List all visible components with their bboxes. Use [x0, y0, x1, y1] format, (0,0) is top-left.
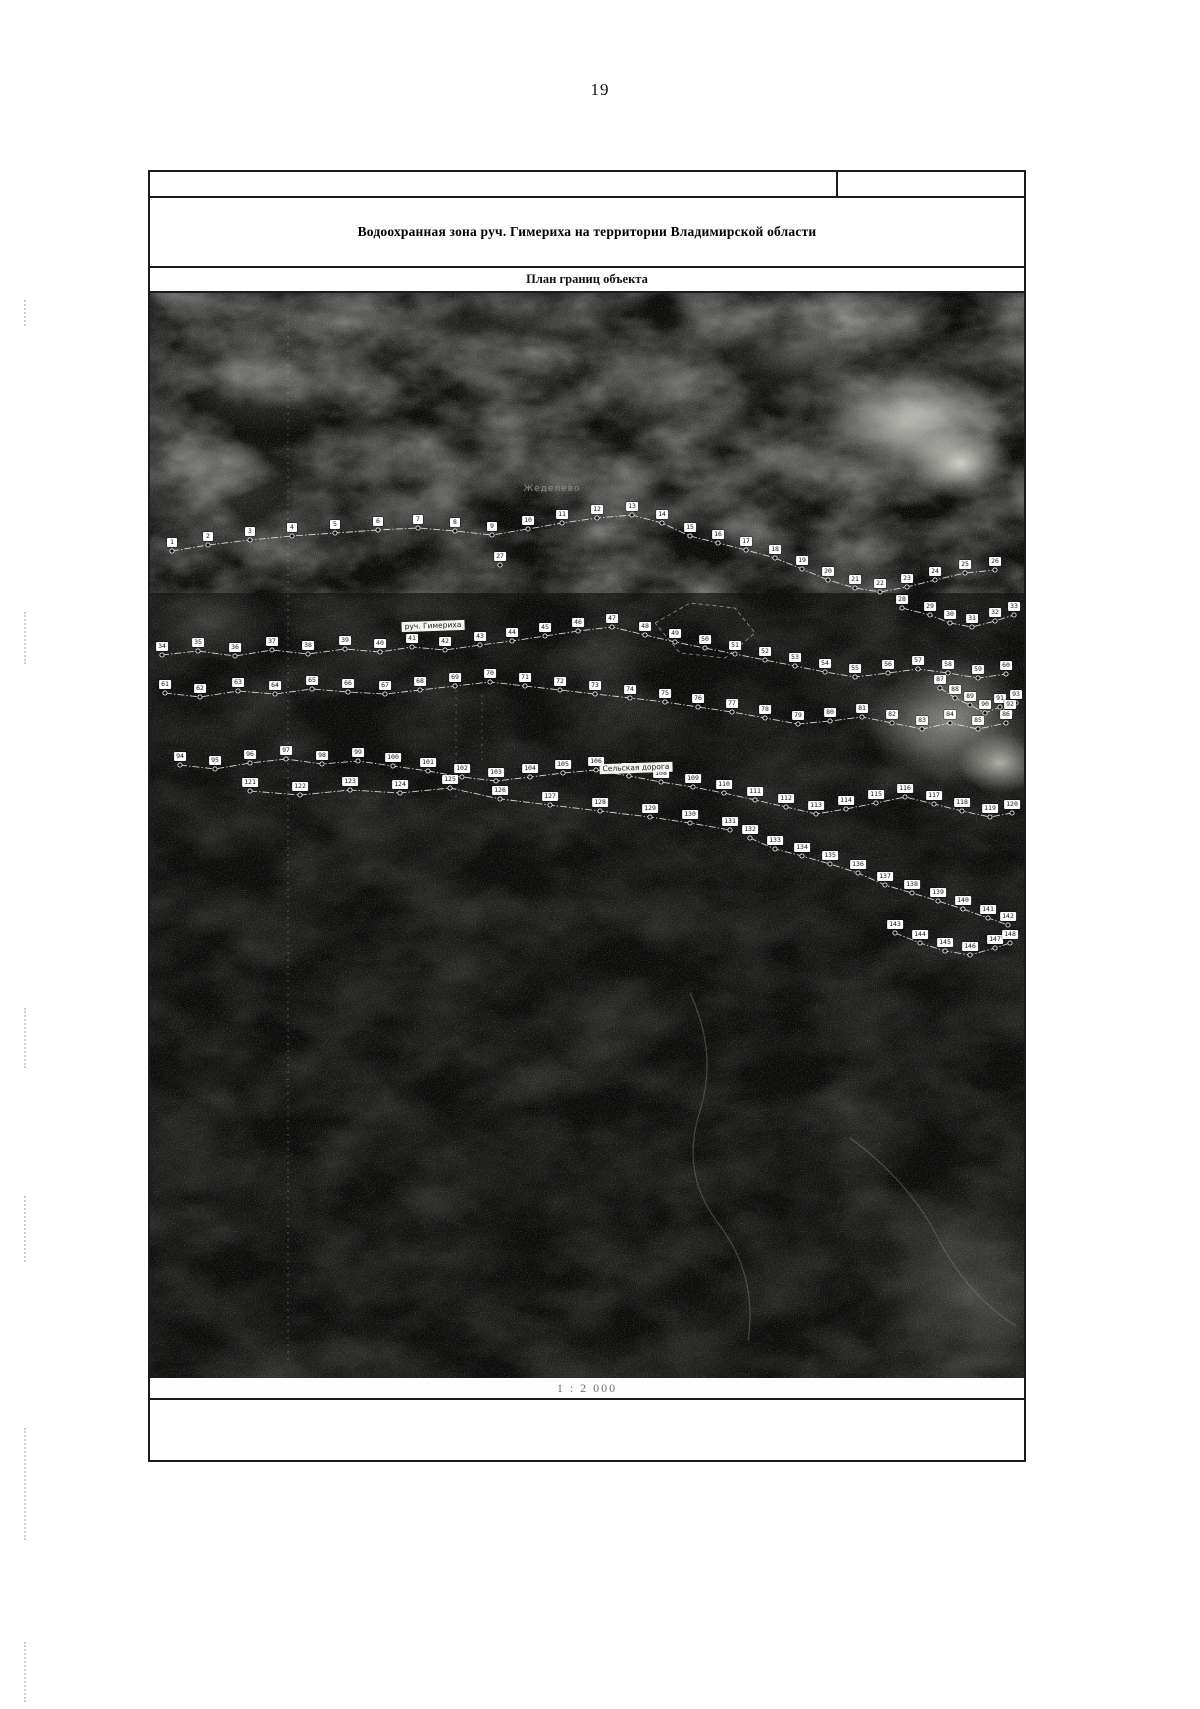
boundary-point-label: 68 — [414, 677, 426, 686]
boundary-point-label: 110 — [716, 780, 732, 789]
boundary-point-label: 76 — [692, 694, 704, 703]
boundary-point-label: 42 — [439, 637, 451, 646]
boundary-point-label: 21 — [849, 575, 861, 584]
scan-artifact — [24, 1428, 26, 1540]
boundary-point-label: 84 — [944, 710, 956, 719]
boundary-point-label: 133 — [767, 836, 783, 845]
scan-artifact — [24, 300, 26, 326]
boundary-point-label: 113 — [808, 801, 824, 810]
header-cell-right — [836, 172, 1024, 196]
boundary-point-label: 82 — [886, 710, 898, 719]
document-subtitle: План границ объекта — [526, 272, 648, 287]
header-cell-left — [150, 172, 836, 196]
boundary-point-label: 139 — [930, 888, 946, 897]
boundary-point-label: 17 — [740, 537, 752, 546]
document-title: Водоохранная зона руч. Гимериха на терри… — [358, 224, 817, 240]
boundary-point-label: 83 — [916, 716, 928, 725]
boundary-point-label: 98 — [316, 751, 328, 760]
boundary-point-label: 126 — [492, 786, 508, 795]
boundary-point-label: 37 — [266, 637, 278, 646]
boundary-point-label: 85 — [972, 716, 984, 725]
boundary-point-label: 18 — [769, 545, 781, 554]
boundary-point-label: 140 — [955, 896, 971, 905]
boundary-point-label: 55 — [849, 664, 861, 673]
boundary-point-label: 93 — [1010, 690, 1022, 699]
plan-frame: Водоохранная зона руч. Гимериха на терри… — [148, 170, 1026, 1462]
boundary-point-label: 69 — [449, 673, 461, 682]
boundary-point-label: 104 — [522, 764, 538, 773]
boundary-point-label: 100 — [385, 753, 401, 762]
boundary-point-label: 49 — [669, 629, 681, 638]
boundary-point-label: 65 — [306, 676, 318, 685]
boundary-point-label: 130 — [682, 810, 698, 819]
boundary-point-label: 10 — [522, 516, 534, 525]
boundary-point-label: 23 — [901, 574, 913, 583]
boundary-point-label: 116 — [897, 784, 913, 793]
boundary-point-label: 90 — [979, 700, 991, 709]
boundary-point-label: 138 — [904, 880, 920, 889]
boundary-point-label: 47 — [606, 614, 618, 623]
boundary-point-label: 73 — [589, 681, 601, 690]
page-number: 19 — [0, 80, 1200, 100]
scan-artifact — [24, 1008, 26, 1068]
boundary-point-label: 79 — [792, 711, 804, 720]
boundary-point-label: 143 — [887, 920, 903, 929]
boundary-point-label: 14 — [656, 510, 668, 519]
boundary-point-label: 33 — [1008, 602, 1020, 611]
boundary-point-label: 30 — [944, 610, 956, 619]
boundary-point-label: 36 — [229, 643, 241, 652]
boundary-point-label: 114 — [838, 796, 854, 805]
boundary-point-label: 24 — [929, 567, 941, 576]
boundary-point-label: 74 — [624, 685, 636, 694]
boundary-point-label: 3 — [245, 527, 255, 536]
boundary-point-label: 120 — [1004, 800, 1020, 809]
boundary-point-label: 111 — [747, 787, 763, 796]
boundary-point-label: 57 — [912, 656, 924, 665]
boundary-point-label: 99 — [352, 748, 364, 757]
boundary-point-label: 67 — [379, 681, 391, 690]
boundary-point-label: 66 — [342, 679, 354, 688]
boundary-point-label: 7 — [413, 515, 423, 524]
boundary-point-label: 13 — [626, 502, 638, 511]
boundary-point-label: 80 — [824, 708, 836, 717]
boundary-point-label: 88 — [949, 685, 961, 694]
boundary-point-label: 77 — [726, 699, 738, 708]
boundary-point-label: 81 — [856, 704, 868, 713]
boundary-point-label: 12 — [591, 505, 603, 514]
boundary-point-label: 58 — [942, 660, 954, 669]
boundary-point-label: 26 — [989, 557, 1001, 566]
boundary-point-label: 145 — [937, 938, 953, 947]
scan-artifact — [24, 612, 26, 664]
boundary-point-label: 115 — [868, 790, 884, 799]
scale-row: 1 : 2 000 — [150, 1378, 1024, 1400]
boundary-point-label: 1 — [167, 538, 177, 547]
boundary-point-label: 144 — [912, 930, 928, 939]
map-image: 1234567891011121314151617181920212223242… — [150, 293, 1024, 1378]
boundary-point-label: 4 — [287, 523, 297, 532]
boundary-point-label: 131 — [722, 817, 738, 826]
boundary-point-label: 78 — [759, 705, 771, 714]
boundary-point-label: 94 — [174, 752, 186, 761]
boundary-point-label: 16 — [712, 530, 724, 539]
boundary-point-label: 31 — [966, 614, 978, 623]
boundary-point-label: 135 — [822, 851, 838, 860]
boundary-point-label: 75 — [659, 689, 671, 698]
title-row: Водоохранная зона руч. Гимериха на терри… — [150, 198, 1024, 268]
boundary-point-label: 39 — [339, 636, 351, 645]
boundary-point-label: 46 — [572, 618, 584, 627]
boundary-point-label: 92 — [1004, 700, 1016, 709]
boundary-point-label: 142 — [1000, 912, 1016, 921]
boundary-point-label: 56 — [882, 660, 894, 669]
map-place-label: Жеделево — [523, 484, 580, 494]
boundary-point-label: 38 — [302, 641, 314, 650]
boundary-point-label: 6 — [373, 517, 383, 526]
boundary-point-label: 127 — [542, 792, 558, 801]
boundary-point-label: 43 — [474, 632, 486, 641]
boundary-point-label: 44 — [506, 628, 518, 637]
boundary-point-label: 136 — [850, 860, 866, 869]
boundary-point-label: 102 — [454, 764, 470, 773]
boundary-point-label: 15 — [684, 523, 696, 532]
boundary-point-label: 132 — [742, 825, 758, 834]
boundary-point-label: 97 — [280, 746, 292, 755]
boundary-point-label: 25 — [959, 560, 971, 569]
subtitle-row: План границ объекта — [150, 268, 1024, 293]
scale-label: 1 : 2 000 — [557, 1381, 617, 1396]
boundary-point-label: 11 — [556, 510, 568, 519]
boundary-point-label: 51 — [729, 641, 741, 650]
boundary-point-label: 32 — [989, 608, 1001, 617]
boundary-point-label: 48 — [639, 622, 651, 631]
boundary-point-label: 27 — [494, 552, 506, 561]
boundary-point-label: 109 — [685, 774, 701, 783]
boundary-point-label: 112 — [778, 794, 794, 803]
boundary-point-label: 54 — [819, 659, 831, 668]
boundary-point-label: 40 — [374, 639, 386, 648]
boundary-point-label: 22 — [874, 579, 886, 588]
boundary-point-label: 29 — [924, 602, 936, 611]
boundary-point-label: 103 — [488, 768, 504, 777]
map-canvas — [150, 293, 1024, 1378]
boundary-point-label: 20 — [822, 567, 834, 576]
boundary-point-label: 95 — [209, 756, 221, 765]
boundary-point-label: 59 — [972, 665, 984, 674]
boundary-point-label: 89 — [964, 692, 976, 701]
boundary-point-label: 19 — [796, 556, 808, 565]
boundary-point-label: 123 — [342, 777, 358, 786]
boundary-point-label: 146 — [962, 942, 978, 951]
scan-artifact — [24, 1196, 26, 1262]
boundary-point-label: 34 — [156, 642, 168, 651]
boundary-point-label: 45 — [539, 623, 551, 632]
boundary-point-label: 41 — [406, 634, 418, 643]
boundary-point-label: 147 — [987, 935, 1003, 944]
boundary-point-label: 86 — [1000, 710, 1012, 719]
boundary-point-label: 52 — [759, 647, 771, 656]
boundary-point-label: 122 — [292, 782, 308, 791]
boundary-point-label: 87 — [934, 675, 946, 684]
notes-area — [150, 1400, 1024, 1458]
boundary-point-label: 129 — [642, 804, 658, 813]
boundary-point-label: 60 — [1000, 661, 1012, 670]
document-page: 19 Водоохранная зона руч. Гимериха на те… — [0, 0, 1200, 1709]
boundary-point-label: 53 — [789, 653, 801, 662]
boundary-point-label: 141 — [980, 905, 996, 914]
boundary-point-label: 119 — [982, 804, 998, 813]
boundary-point-label: 137 — [877, 872, 893, 881]
boundary-point-label: 8 — [450, 518, 460, 527]
boundary-point-label: 118 — [954, 798, 970, 807]
boundary-point-label: 72 — [554, 677, 566, 686]
boundary-point-label: 5 — [330, 520, 340, 529]
boundary-point-label: 128 — [592, 798, 608, 807]
boundary-point-label: 50 — [699, 635, 711, 644]
boundary-point-label: 134 — [794, 843, 810, 852]
boundary-point-label: 35 — [192, 638, 204, 647]
boundary-point-label: 28 — [896, 595, 908, 604]
boundary-point-label: 121 — [242, 778, 258, 787]
boundary-point-label: 105 — [555, 760, 571, 769]
boundary-point-label: 70 — [484, 669, 496, 678]
boundary-point-label: 63 — [232, 678, 244, 687]
boundary-point-label: 61 — [159, 680, 171, 689]
boundary-point-label: 71 — [519, 673, 531, 682]
boundary-point-label: 125 — [442, 775, 458, 784]
boundary-point-label: 62 — [194, 684, 206, 693]
boundary-point-label: 2 — [203, 532, 213, 541]
boundary-point-label: 64 — [269, 681, 281, 690]
boundary-point-label: 96 — [244, 750, 256, 759]
boundary-point-label: 148 — [1002, 930, 1018, 939]
boundary-point-label: 124 — [392, 780, 408, 789]
scan-artifact — [24, 1642, 26, 1702]
boundary-point-label: 117 — [926, 791, 942, 800]
boundary-point-label: 101 — [420, 758, 436, 767]
boundary-point-label: 9 — [487, 522, 497, 531]
header-row — [150, 172, 1024, 198]
